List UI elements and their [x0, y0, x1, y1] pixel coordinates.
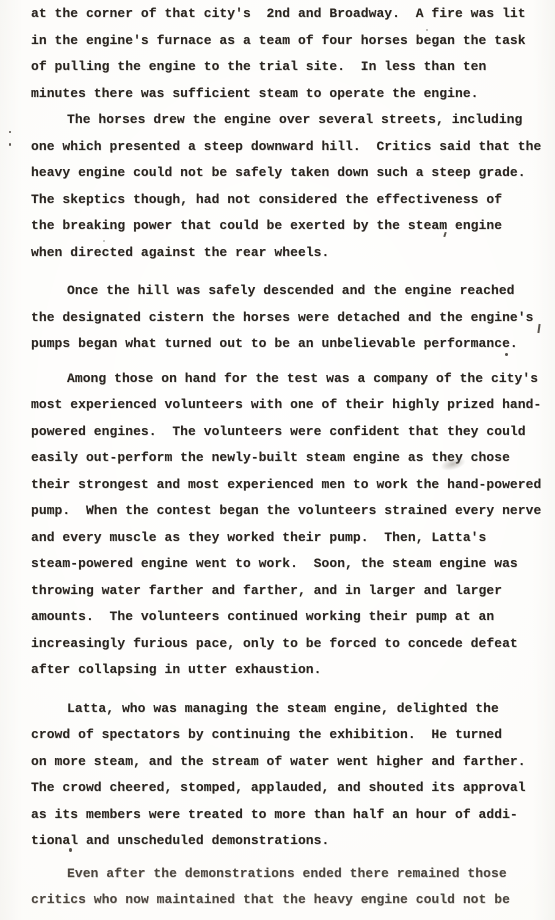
- text-line: pumps began what turned out to be an unb…: [31, 331, 541, 358]
- paragraph: Among those on hand for the test was a c…: [31, 366, 541, 684]
- text-line: The crowd cheered, stomped, applauded, a…: [31, 775, 541, 802]
- scan-speck: [505, 353, 508, 356]
- text-line: increasingly furious pace, only to be fo…: [31, 631, 541, 658]
- paragraph: Once the hill was safely descended and t…: [31, 278, 541, 358]
- text-line: The skeptics though, had not considered …: [31, 187, 541, 214]
- paragraph: at the corner of that city's 2nd and Bro…: [31, 1, 541, 107]
- text-line: most experienced volunteers with one of …: [31, 392, 541, 419]
- text-line: pump. When the contest began the volunte…: [31, 498, 541, 525]
- text-line: in the engine's furnace as a team of fou…: [31, 28, 541, 55]
- text-line: at the corner of that city's 2nd and Bro…: [31, 1, 541, 28]
- text-line: critics who now maintained that the heav…: [31, 887, 541, 914]
- text-line: Latta, who was managing the steam engine…: [31, 696, 541, 723]
- text-line: after collapsing in utter exhaustion.: [31, 657, 541, 684]
- scan-speck: [103, 240, 105, 242]
- text-line: their strongest and most experienced men…: [31, 472, 541, 499]
- scan-speck: [9, 131, 11, 133]
- text-line: on more steam, and the stream of water w…: [31, 749, 541, 776]
- text-line: and every muscle as they worked their pu…: [31, 525, 541, 552]
- text-line: the breaking power that could be exerted…: [31, 213, 541, 240]
- text-line: powered engines. The volunteers were con…: [31, 419, 541, 446]
- document-page: at the corner of that city's 2nd and Bro…: [0, 0, 555, 920]
- text-line: The horses drew the engine over several …: [31, 107, 541, 134]
- scan-speck: [426, 29, 428, 31]
- text-line: crowd of spectators by continuing the ex…: [31, 722, 541, 749]
- text-line: when directed against the rear wheels.: [31, 240, 541, 267]
- text-line: one which presented a steep downward hil…: [31, 134, 541, 161]
- text-line: Among those on hand for the test was a c…: [31, 366, 541, 393]
- text-line: steam-powered engine went to work. Soon,…: [31, 551, 541, 578]
- text-line: the designated cistern the horses were d…: [31, 305, 541, 332]
- text-line: heavy engine could not be safely taken d…: [31, 160, 541, 187]
- paragraph: Even after the demonstrations ended ther…: [31, 861, 541, 914]
- text-line: of pulling the engine to the trial site.…: [31, 54, 541, 81]
- paragraph: The horses drew the engine over several …: [31, 107, 541, 266]
- text-line: as its members were treated to more than…: [31, 802, 541, 829]
- text-line: amounts. The volunteers continued workin…: [31, 604, 541, 631]
- text-line: tional and unscheduled demonstrations.: [31, 828, 541, 855]
- text-line: minutes there was sufficient steam to op…: [31, 81, 541, 108]
- text-line: throwing water farther and farther, and …: [31, 578, 541, 605]
- scan-speck: [9, 143, 11, 146]
- text-line: Once the hill was safely descended and t…: [31, 278, 541, 305]
- paragraph: Latta, who was managing the steam engine…: [31, 696, 541, 855]
- text-line: Even after the demonstrations ended ther…: [31, 861, 541, 888]
- scan-speck: [69, 848, 72, 852]
